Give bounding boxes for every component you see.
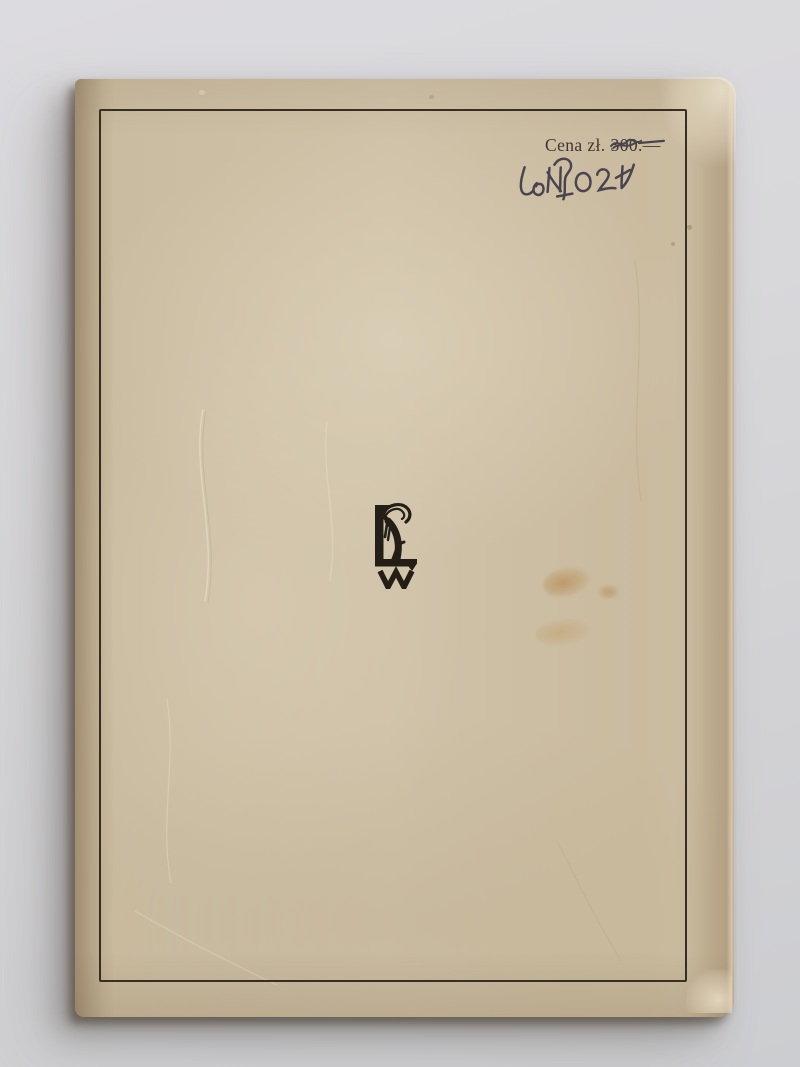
speck [429,95,434,99]
speck [671,242,675,246]
speck [687,225,692,230]
handwritten-inscription [515,145,656,209]
speck [199,90,205,95]
publisher-logo-lw [373,501,421,589]
logo-ibex [379,505,410,560]
stain [598,585,619,599]
logo-w [380,571,412,587]
photo-scene: Cena zł.300.— [0,0,800,1067]
book-back-cover: Cena zł.300.— [75,79,734,1017]
